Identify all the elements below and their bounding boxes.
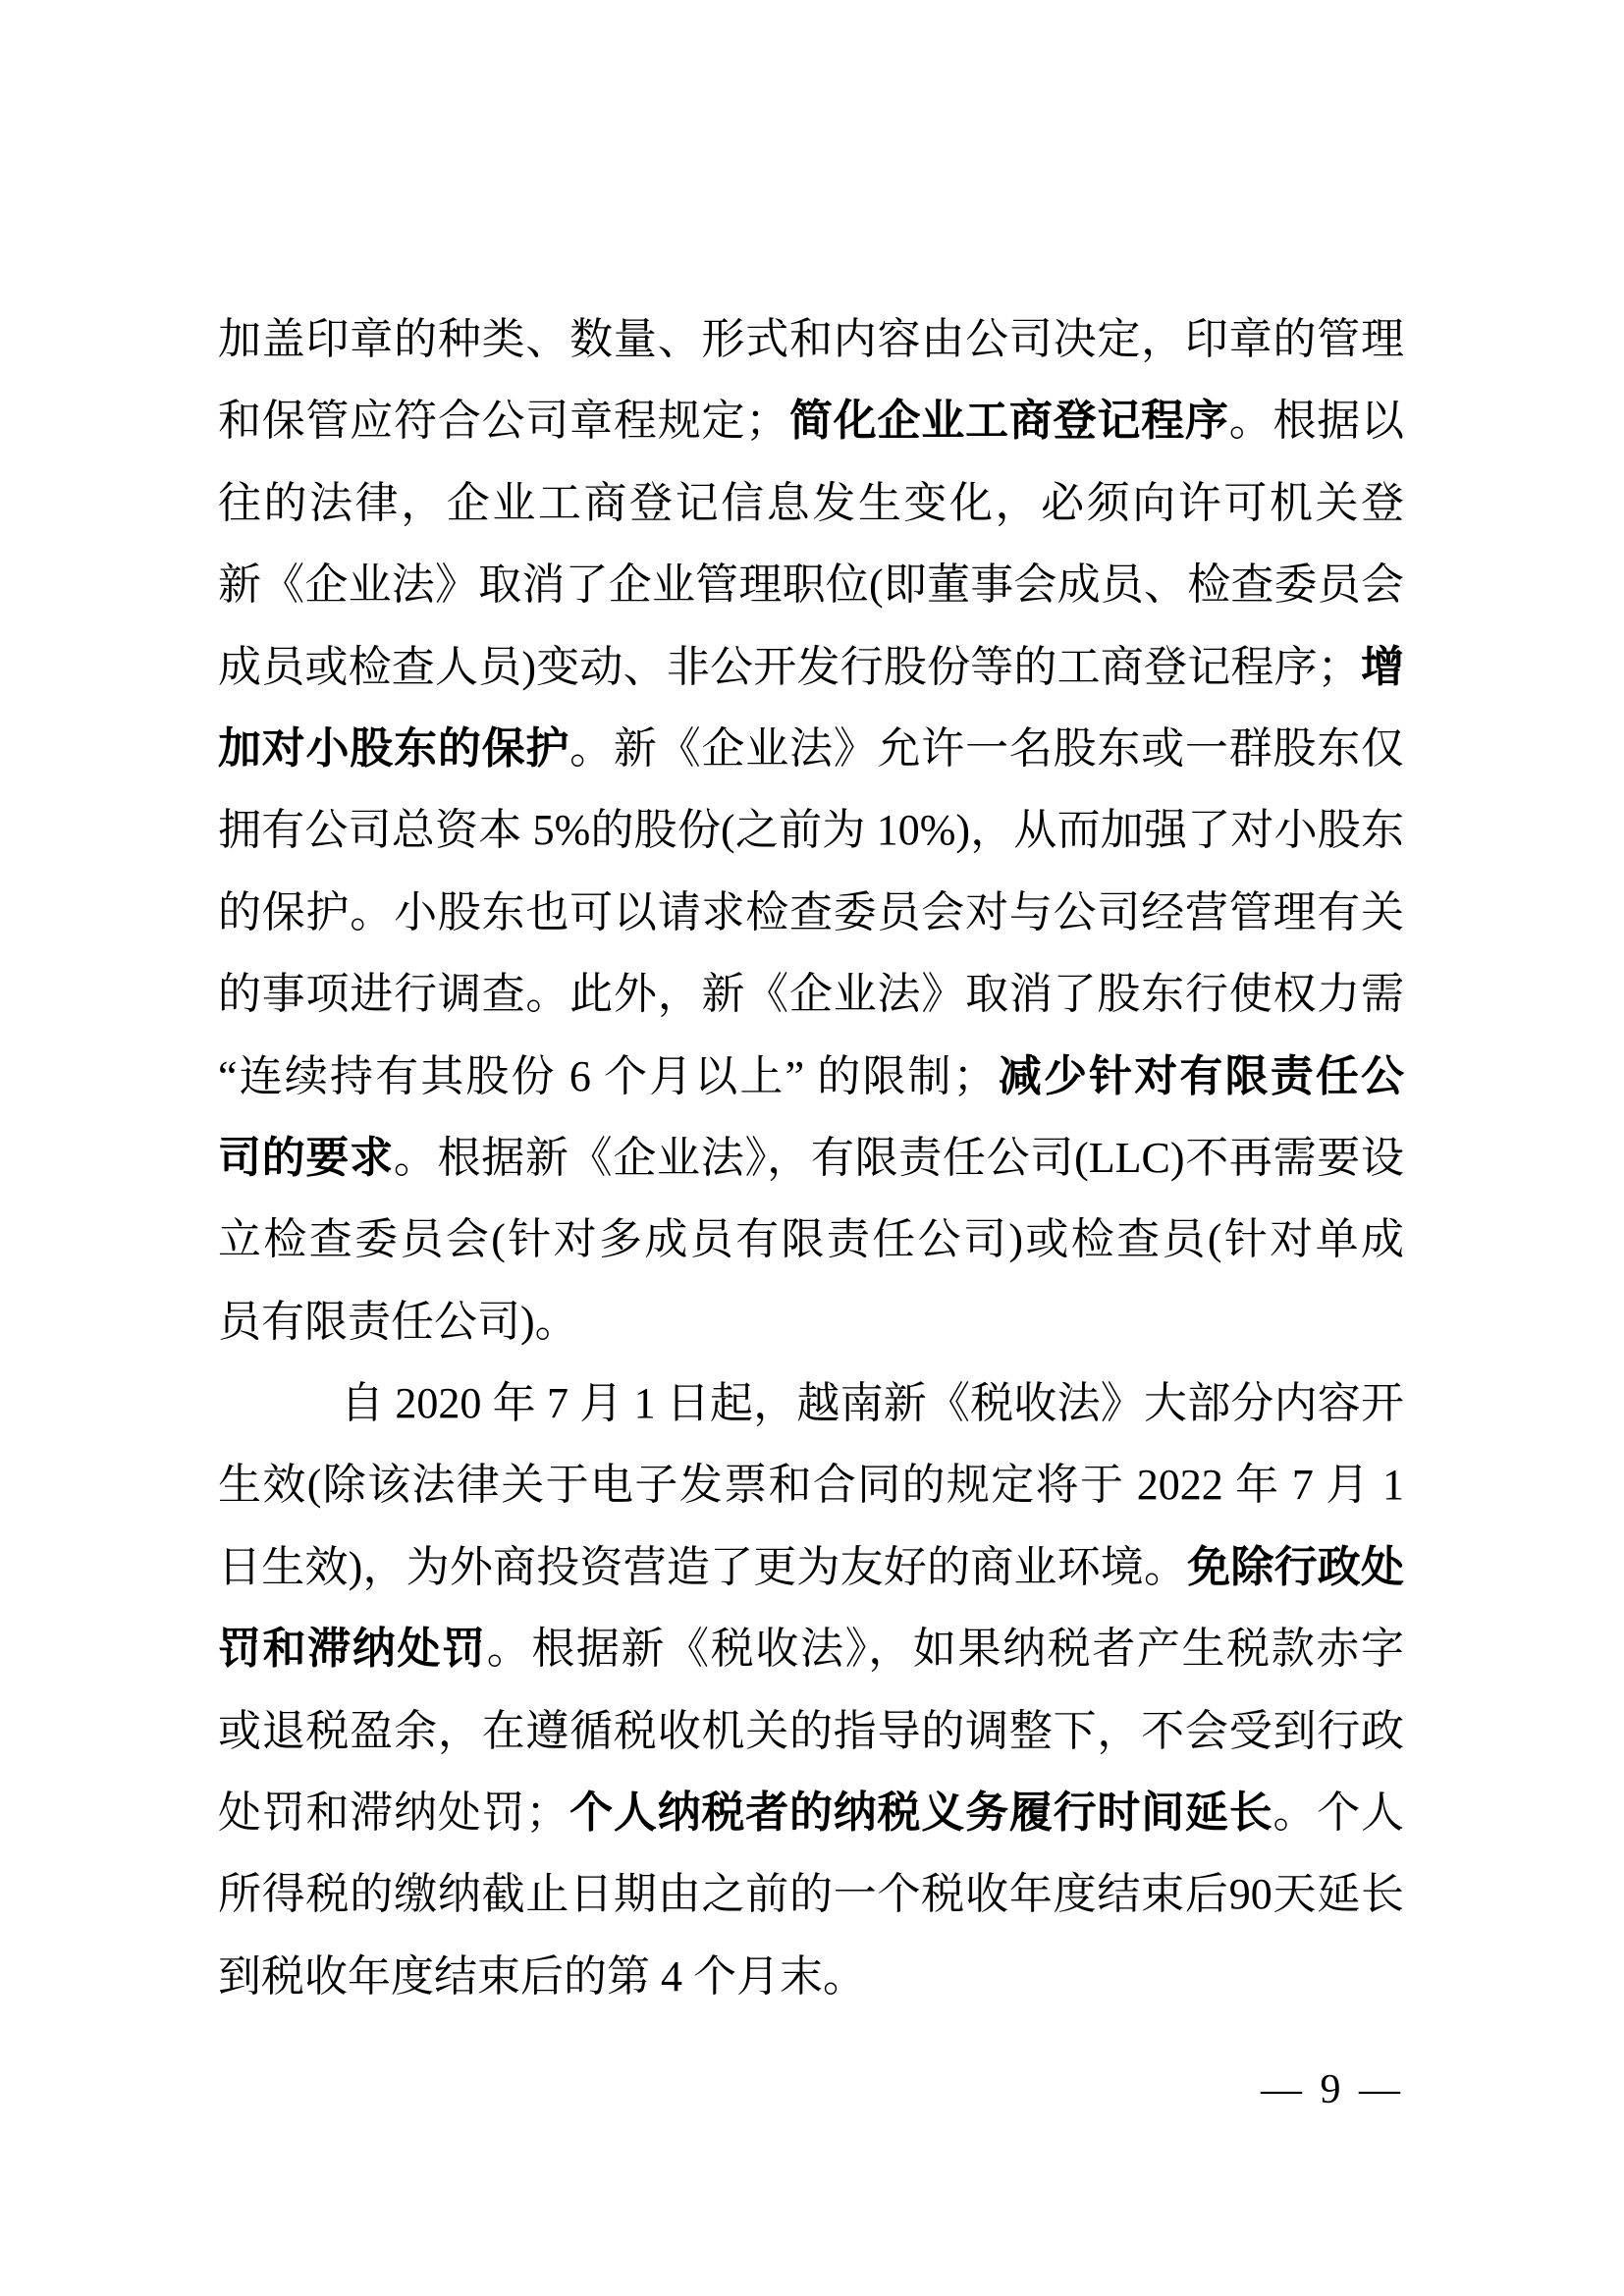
text-segment: 往的法律，企业工商登记信息发生变化，必须向许可机关登记。 bbox=[218, 479, 1404, 544]
text-segment: 的保护。小股东也可以请求检查委员会对与公司经营管理有关 bbox=[218, 888, 1404, 936]
text-line: 自 2020 年 7 月 1 日起，越南新《税收法》大部分内容开始 bbox=[218, 1362, 1404, 1444]
text-segment: 自 2020 年 7 月 1 日起，越南新《税收法》大部分内容开始 bbox=[218, 1379, 1404, 1444]
text-line: “连续持有其股份 6 个月以上” 的限制；减少针对有限责任公 bbox=[218, 1036, 1404, 1117]
text-line: 罚和滞纳处罚。根据新《税收法》，如果纳税者产生税款赤字 bbox=[218, 1608, 1404, 1689]
document-page: 加盖印章的种类、数量、形式和内容由公司决定，印章的管理和保管应符合公司章程规定；… bbox=[0, 0, 1624, 2296]
text-segment: 。根据新《企业法》，有限责任公司(LLC)不再需要设 bbox=[394, 1134, 1404, 1182]
text-segment: 或退税盈余，在遵循税收机关的指导的调整下，不会受到行政 bbox=[218, 1707, 1404, 1755]
text-segment: 成员或检查人员)变动、非公开发行股份等的工商登记程序； bbox=[218, 643, 1361, 691]
text-line: 日生效)，为外商投资营造了更为友好的商业环境。免除行政处 bbox=[218, 1526, 1404, 1608]
text-segment: 日生效)，为外商投资营造了更为友好的商业环境。 bbox=[218, 1543, 1187, 1591]
text-line: 生效(除该法律关于电子发票和合同的规定将于 2022 年 7 月 1 bbox=[218, 1444, 1404, 1525]
text-segment: 。根据新《税收法》，如果纳税者产生税款赤字 bbox=[487, 1625, 1404, 1673]
text-line: 加对小股东的保护。新《企业法》允许一名股东或一群股东仅 bbox=[218, 708, 1404, 789]
text-line: 加盖印章的种类、数量、形式和内容由公司决定，印章的管理 bbox=[218, 298, 1404, 380]
text-line: 所得税的缴纳截止日期由之前的一个税收年度结束后90天延长 bbox=[218, 1853, 1404, 1935]
text-segment: “连续持有其股份 6 个月以上” 的限制； bbox=[218, 1052, 997, 1100]
text-line: 拥有公司总资本 5%的股份(之前为 10%)，从而加强了对小股东 bbox=[218, 789, 1404, 871]
document-text-block: 加盖印章的种类、数量、形式和内容由公司决定，印章的管理和保管应符合公司章程规定；… bbox=[218, 298, 1404, 2017]
text-line: 到税收年度结束后的第 4 个月末。 bbox=[218, 1936, 1404, 2017]
text-line: 新《企业法》取消了企业管理职位(即董事会成员、检查委员会 bbox=[218, 544, 1404, 625]
text-segment-bold: 加对小股东的保护 bbox=[218, 724, 569, 773]
text-segment-bold: 增 bbox=[1361, 643, 1404, 691]
text-segment-bold: 个人纳税者的纳税义务履行时间延长 bbox=[568, 1789, 1272, 1837]
text-segment: 。根据以 bbox=[1229, 397, 1404, 445]
text-segment-bold: 减少针对有限责任公 bbox=[997, 1052, 1404, 1100]
text-segment: 。个人 bbox=[1272, 1789, 1404, 1837]
text-segment: 加盖印章的种类、数量、形式和内容由公司决定，印章的管理 bbox=[218, 315, 1404, 363]
text-segment: 生效(除该法律关于电子发票和合同的规定将于 2022 年 7 月 1 bbox=[218, 1461, 1404, 1509]
text-line: 或退税盈余，在遵循税收机关的指导的调整下，不会受到行政 bbox=[218, 1690, 1404, 1772]
text-line: 的事项进行调查。此外，新《企业法》取消了股东行使权力需 bbox=[218, 953, 1404, 1035]
text-segment-bold: 免除行政处 bbox=[1187, 1543, 1404, 1591]
text-line: 往的法律，企业工商登记信息发生变化，必须向许可机关登记。 bbox=[218, 462, 1404, 544]
text-segment: 拥有公司总资本 5%的股份(之前为 10%)，从而加强了对小股东 bbox=[218, 806, 1404, 854]
text-line: 司的要求。根据新《企业法》，有限责任公司(LLC)不再需要设 bbox=[218, 1117, 1404, 1199]
text-segment: 到税收年度结束后的第 4 个月末。 bbox=[218, 1952, 866, 2001]
text-segment: 立检查委员会(针对多成员有限责任公司)或检查员(针对单成 bbox=[218, 1215, 1404, 1263]
text-line: 立检查委员会(针对多成员有限责任公司)或检查员(针对单成 bbox=[218, 1199, 1404, 1280]
text-line: 员有限责任公司)。 bbox=[218, 1281, 1404, 1362]
text-segment: 处罚和滞纳处罚； bbox=[218, 1789, 568, 1837]
text-segment: 的事项进行调查。此外，新《企业法》取消了股东行使权力需 bbox=[218, 970, 1404, 1018]
text-segment: 和保管应符合公司章程规定； bbox=[218, 397, 788, 445]
text-segment: 员有限责任公司)。 bbox=[218, 1298, 578, 1346]
text-segment-bold: 司的要求 bbox=[218, 1134, 394, 1182]
text-line: 的保护。小股东也可以请求检查委员会对与公司经营管理有关 bbox=[218, 872, 1404, 953]
text-line: 和保管应符合公司章程规定；简化企业工商登记程序。根据以 bbox=[218, 380, 1404, 461]
text-segment-bold: 罚和滞纳处罚 bbox=[218, 1625, 487, 1673]
page-number: — 9 — bbox=[218, 2065, 1404, 2114]
text-line: 处罚和滞纳处罚；个人纳税者的纳税义务履行时间延长。个人 bbox=[218, 1772, 1404, 1853]
text-segment-bold: 简化企业工商登记程序 bbox=[788, 397, 1228, 445]
text-segment: 新《企业法》取消了企业管理职位(即董事会成员、检查委员会 bbox=[218, 561, 1404, 609]
text-segment: 。新《企业法》允许一名股东或一群股东仅 bbox=[569, 724, 1404, 773]
text-line: 成员或检查人员)变动、非公开发行股份等的工商登记程序；增 bbox=[218, 626, 1404, 708]
text-segment: 所得税的缴纳截止日期由之前的一个税收年度结束后90天延长 bbox=[218, 1870, 1404, 1918]
